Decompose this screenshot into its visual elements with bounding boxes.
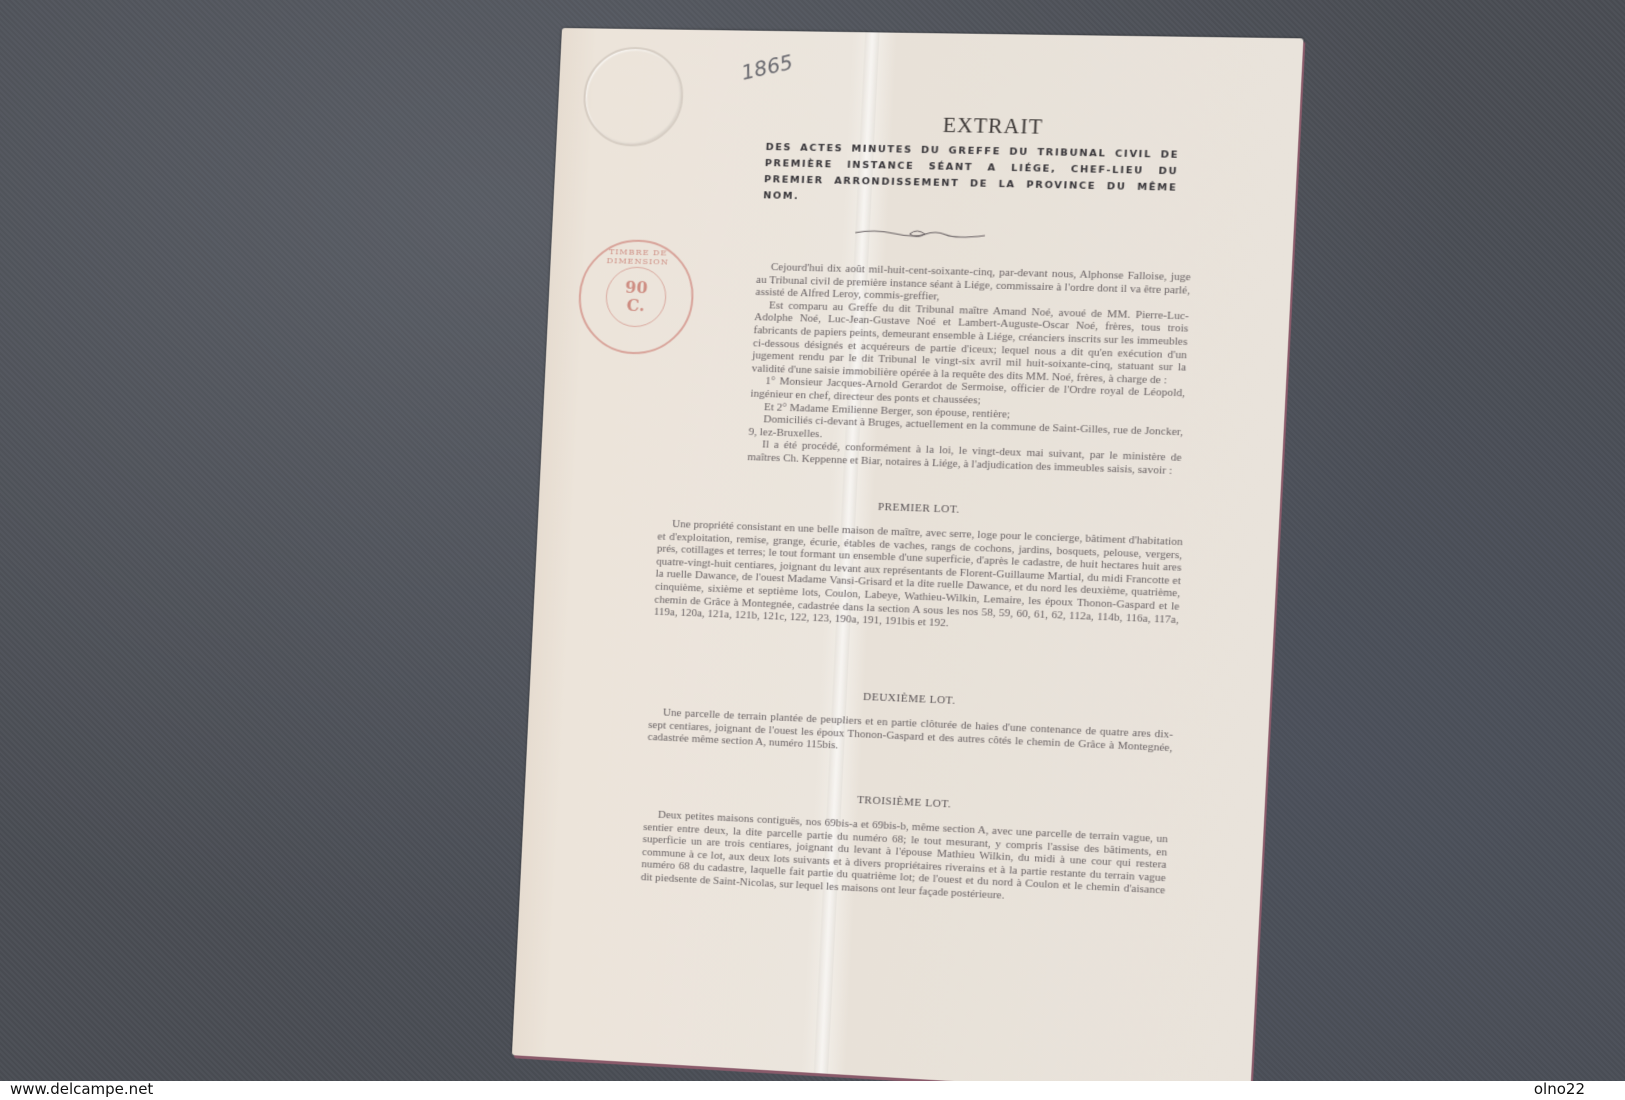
- revenue-stamp-unit: C.: [626, 297, 645, 316]
- revenue-stamp-center: 90 C.: [604, 266, 667, 328]
- handwritten-year: 1865: [739, 50, 795, 85]
- lot-section-1: PREMIER LOT. Une propriété consistant en…: [653, 493, 1184, 639]
- document-sheet: 1865 TIMBRE DE DIMENSION 90 C. EXTRAIT D…: [512, 28, 1304, 1099]
- intro-section: Cejourd'hui dix août mil-huit-cent-soixa…: [747, 261, 1191, 478]
- revenue-stamp-icon: TIMBRE DE DIMENSION 90 C.: [576, 238, 696, 355]
- embossed-seal-icon: [581, 46, 685, 147]
- watermark-seller: olno22: [1534, 1080, 1585, 1098]
- intro-paragraph: Est comparu au Greffe du dit Tribunal ma…: [751, 299, 1189, 388]
- lot-text: Deux petites maisons contiguës, nos 69bi…: [640, 808, 1168, 910]
- lot-paragraph: Une parcelle de terrain plantée de peupl…: [647, 706, 1173, 767]
- wavy-rule-ornament-icon: [853, 227, 987, 242]
- document-title: EXTRAIT: [942, 113, 1044, 140]
- watermark-site: www.delcampe.net: [10, 1080, 153, 1098]
- lot-text: Une propriété consistant en une belle ma…: [653, 517, 1183, 639]
- watermark-bar: www.delcampe.net olno22: [0, 1081, 1625, 1100]
- document-subtitle: DES ACTES MINUTES DU GREFFE DU TRIBUNAL …: [763, 140, 1180, 213]
- lot-paragraph: Deux petites maisons contiguës, nos 69bi…: [640, 808, 1168, 910]
- lot-heading: PREMIER LOT.: [659, 493, 1184, 523]
- lot-text: Une parcelle de terrain plantée de peupl…: [647, 706, 1173, 767]
- revenue-stamp-value: 90: [625, 279, 648, 298]
- lot-section-2: DEUXIÈME LOT. Une parcelle de terrain pl…: [647, 682, 1174, 768]
- lot-paragraph: Une propriété consistant en une belle ma…: [653, 517, 1183, 639]
- revenue-stamp-ring-text: TIMBRE DE DIMENSION: [582, 247, 693, 268]
- lot-section-3: TROISIÈME LOT. Deux petites maisons cont…: [640, 784, 1169, 911]
